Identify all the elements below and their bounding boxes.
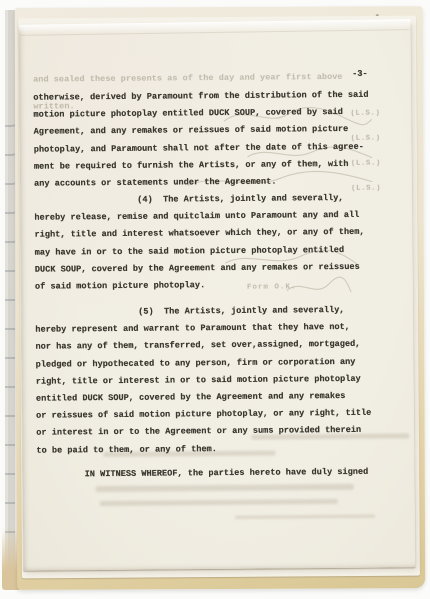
ghost-smudge [96, 484, 354, 492]
ghost-smudge [235, 515, 375, 519]
spine-pencil-marks [5, 105, 15, 545]
page-number: -3- [352, 66, 368, 83]
witness-clause-line: IN WITNESS WHEREOF, the parties hereto h… [84, 464, 368, 484]
paragraph-continuation: otherwise, derived by Paramount from the… [33, 87, 369, 193]
clause-4-paragraph: (4) The Artists, jointly and severally, … [34, 190, 365, 296]
clause-5-paragraph: (5) The Artists, jointly and severally, … [35, 302, 372, 460]
ghost-text-line: and sealed these presents as of the day … [33, 69, 343, 89]
photo-backdrop: { "page_number": "-3-", "body": { "conti… [0, 0, 430, 599]
ghost-smudge [100, 499, 338, 506]
contract-page: and sealed these presents as of the day … [19, 21, 416, 570]
